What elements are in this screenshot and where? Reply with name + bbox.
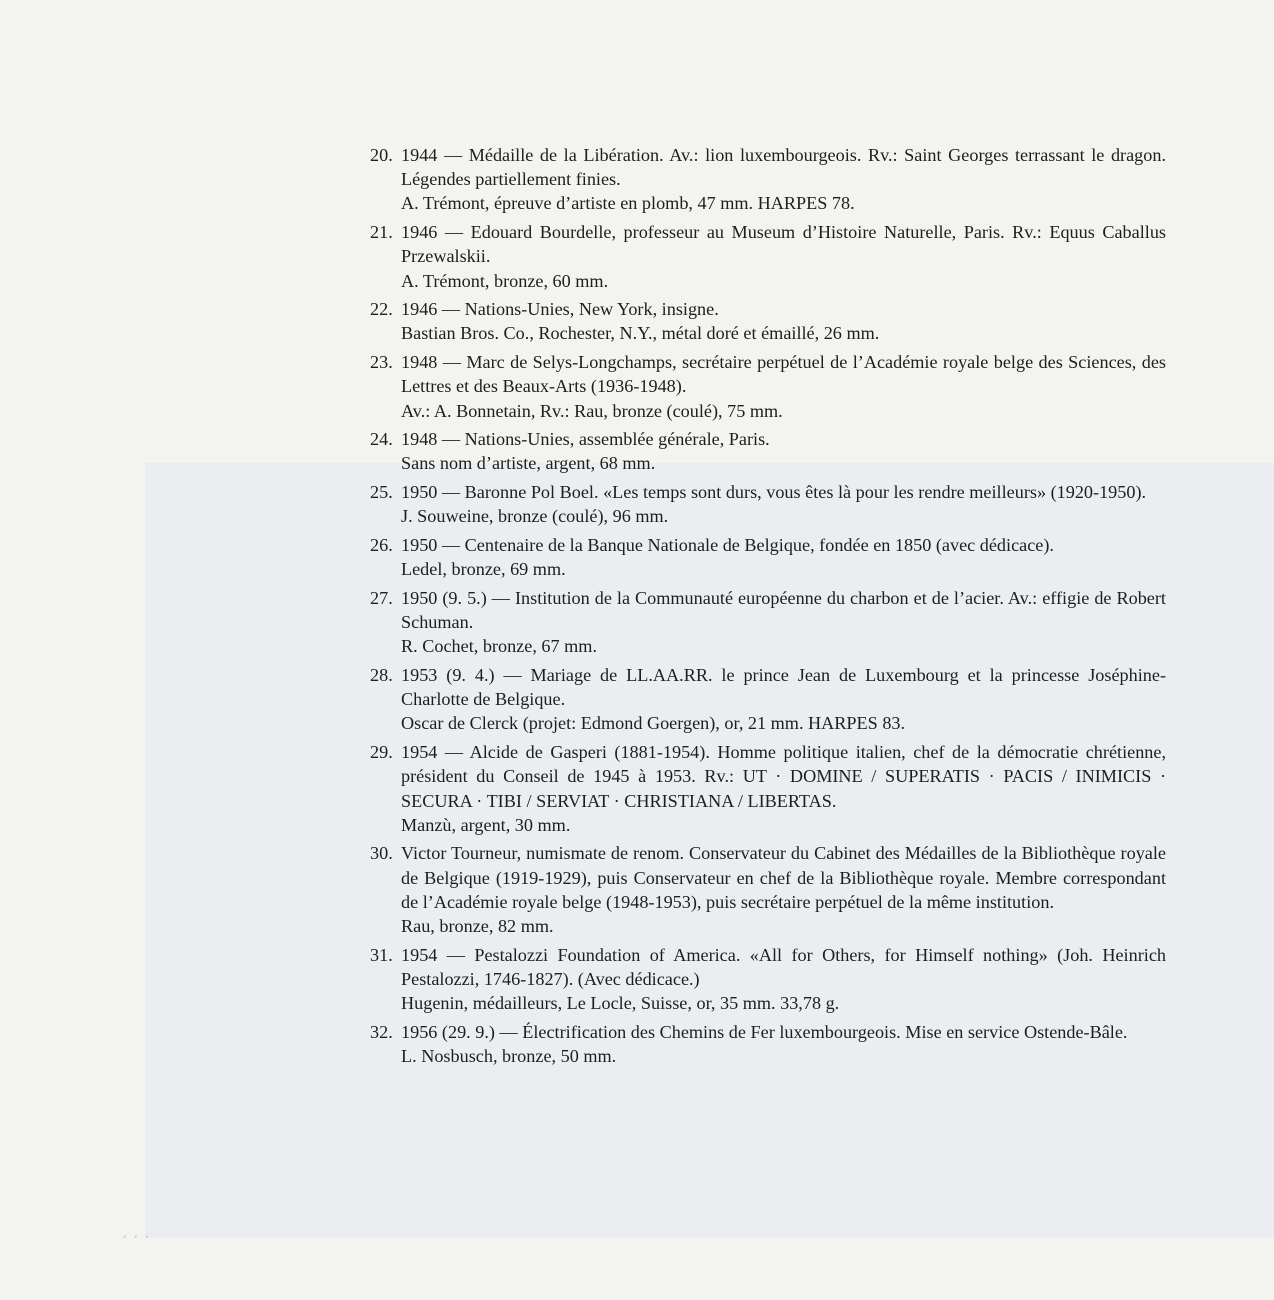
- entry-number: 21.: [370, 220, 393, 244]
- catalogue-entry: 32. 1956 (29. 9.) — Électrification des …: [370, 1020, 1166, 1068]
- entry-description: 1954 — Pestalozzi Foundation of America.…: [401, 943, 1166, 991]
- catalogue-entry: 24. 1948 — Nations-Unies, assemblée géné…: [370, 427, 1166, 475]
- catalogue-entry: 25. 1950 — Baronne Pol Boel. «Les temps …: [370, 480, 1166, 528]
- entry-description: 1946 — Nations-Unies, New York, insigne.: [401, 297, 1166, 321]
- entry-description: 1953 (9. 4.) — Mariage de LL.AA.RR. le p…: [401, 663, 1166, 711]
- catalogue-entry: 21. 1946 — Edouard Bourdelle, professeur…: [370, 220, 1166, 293]
- catalogue-entry: 30. Victor Tourneur, numismate de renom.…: [370, 841, 1166, 938]
- catalogue-entry: 20. 1944 — Médaille de la Libération. Av…: [370, 143, 1166, 216]
- entry-number: 20.: [370, 143, 393, 167]
- entry-description: Victor Tourneur, numismate de renom. Con…: [401, 841, 1166, 914]
- entry-details: Oscar de Clerck (projet: Edmond Goergen)…: [401, 711, 1166, 735]
- medal-catalogue-list: 20. 1944 — Médaille de la Libération. Av…: [370, 143, 1166, 1073]
- catalogue-entry: 27. 1950 (9. 5.) — Institution de la Com…: [370, 586, 1166, 659]
- entry-number: 25.: [370, 480, 393, 504]
- entry-description: 1956 (29. 9.) — Électrification des Chem…: [401, 1020, 1166, 1044]
- entry-number: 31.: [370, 943, 393, 967]
- entry-description: 1948 — Marc de Selys-Longchamps, secréta…: [401, 350, 1166, 398]
- entry-number: 26.: [370, 533, 393, 557]
- entry-details: Hugenin, médailleurs, Le Locle, Suisse, …: [401, 991, 1166, 1015]
- entry-details: Bastian Bros. Co., Rochester, N.Y., méta…: [401, 321, 1166, 345]
- catalogue-entry: 23. 1948 — Marc de Selys-Longchamps, sec…: [370, 350, 1166, 423]
- entry-details: Rau, bronze, 82 mm.: [401, 914, 1166, 938]
- entry-number: 24.: [370, 427, 393, 451]
- entry-number: 30.: [370, 841, 393, 865]
- entry-details: L. Nosbusch, bronze, 50 mm.: [401, 1044, 1166, 1068]
- entry-description: 1950 — Baronne Pol Boel. «Les temps sont…: [401, 480, 1166, 504]
- entry-description: 1950 — Centenaire de la Banque Nationale…: [401, 533, 1166, 557]
- entry-description: 1948 — Nations-Unies, assemblée générale…: [401, 427, 1166, 451]
- entry-number: 22.: [370, 297, 393, 321]
- scan-mark: •••: [123, 1232, 156, 1242]
- entry-description: 1950 (9. 5.) — Institution de la Communa…: [401, 586, 1166, 634]
- entry-details: A. Trémont, bronze, 60 mm.: [401, 269, 1166, 293]
- entry-details: Manzù, argent, 30 mm.: [401, 813, 1166, 837]
- catalogue-entry: 22. 1946 — Nations-Unies, New York, insi…: [370, 297, 1166, 345]
- entry-number: 29.: [370, 740, 393, 764]
- entry-details: A. Trémont, épreuve d’artiste en plomb, …: [401, 191, 1166, 215]
- entry-number: 28.: [370, 663, 393, 687]
- entry-details: Ledel, bronze, 69 mm.: [401, 557, 1166, 581]
- entry-description: 1946 — Edouard Bourdelle, professeur au …: [401, 220, 1166, 268]
- entry-number: 23.: [370, 350, 393, 374]
- entry-number: 27.: [370, 586, 393, 610]
- catalogue-entry: 31. 1954 — Pestalozzi Foundation of Amer…: [370, 943, 1166, 1016]
- entry-details: Av.: A. Bonnetain, Rv.: Rau, bronze (cou…: [401, 399, 1166, 423]
- catalogue-entry: 28. 1953 (9. 4.) — Mariage de LL.AA.RR. …: [370, 663, 1166, 736]
- entry-description: 1944 — Médaille de la Libération. Av.: l…: [401, 143, 1166, 191]
- entry-details: Sans nom d’artiste, argent, 68 mm.: [401, 451, 1166, 475]
- entry-description: 1954 — Alcide de Gasperi (1881-1954). Ho…: [401, 740, 1166, 813]
- entry-details: J. Souweine, bronze (coulé), 96 mm.: [401, 504, 1166, 528]
- entry-number: 32.: [370, 1020, 393, 1044]
- catalogue-entry: 29. 1954 — Alcide de Gasperi (1881-1954)…: [370, 740, 1166, 837]
- entry-details: R. Cochet, bronze, 67 mm.: [401, 634, 1166, 658]
- catalogue-entry: 26. 1950 — Centenaire de la Banque Natio…: [370, 533, 1166, 581]
